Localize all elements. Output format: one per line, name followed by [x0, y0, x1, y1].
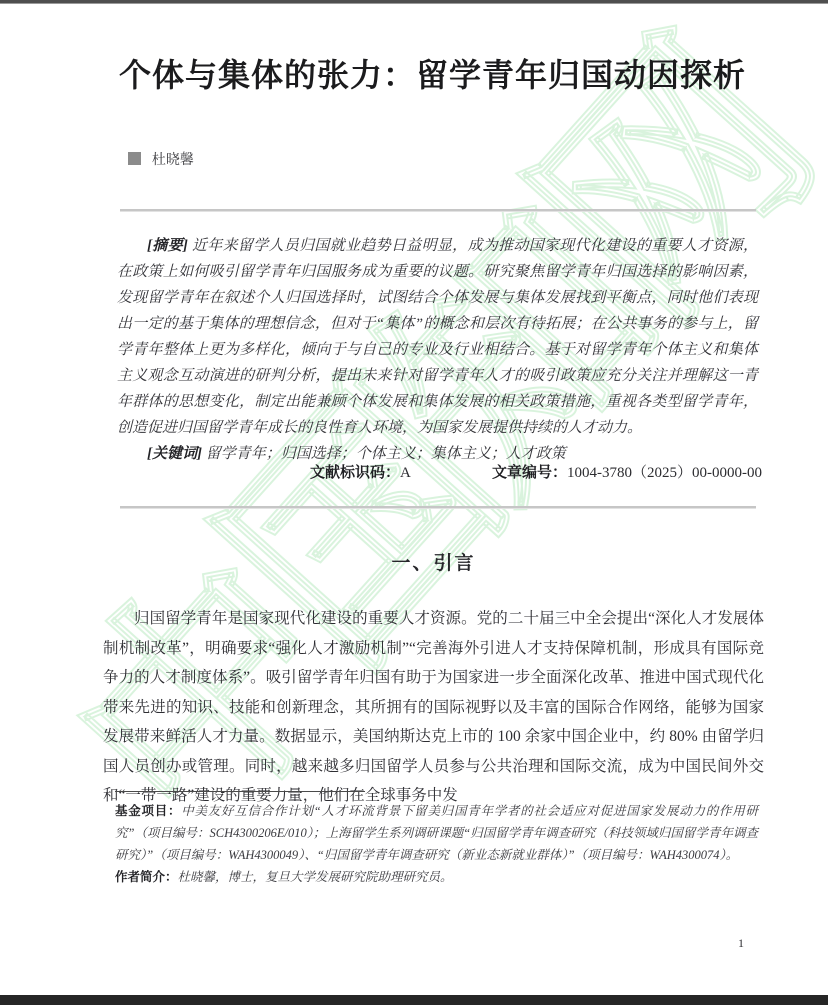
- doc-code-value: A: [400, 465, 411, 481]
- article-title: 个体与集体的张力：留学青年归国动因探析: [103, 50, 762, 96]
- article-id-value: 1004-3780（2025）00-0000-00: [567, 465, 762, 481]
- keywords-label: [关键词]: [147, 446, 202, 462]
- abstract-text: 近年来留学人员归国就业趋势日益明显，成为推动国家现代化建设的重要人才资源，在政策…: [117, 238, 758, 436]
- article-meta-line: 文献标识码：A 文章编号：1004-3780（2025）00-0000-00: [310, 461, 762, 482]
- section-heading: 一、引言: [103, 548, 764, 575]
- doc-code: 文献标识码：A: [310, 461, 411, 482]
- fund-project-label: 基金项目：: [115, 804, 181, 818]
- keywords-text: 留学青年；归国选择；个体主义；集体主义；人才政策: [202, 446, 566, 462]
- abstract-divider-top: [120, 209, 756, 212]
- article-id: 文章编号：1004-3780（2025）00-0000-00: [492, 461, 762, 482]
- doc-code-label: 文献标识码：: [310, 465, 400, 481]
- page-number: 1: [738, 936, 744, 951]
- page-content: 个体与集体的张力：留学青年归国动因探析 杜晓馨 [摘要] 近年来留学人员归国就业…: [0, 0, 828, 1005]
- footnotes-block: 基金项目：中美友好互信合作计划“人才环流背景下留美归国青年学者的社会适应对促进国…: [115, 800, 758, 888]
- author-bio-note: 作者简介：杜晓馨，博士，复旦大学发展研究院助理研究员。: [115, 866, 758, 888]
- fund-project-text: 中美友好互信合作计划“人才环流背景下留美归国青年学者的社会适应对促进国家发展动力…: [115, 804, 758, 862]
- intro-paragraph: 归国留学青年是国家现代化建设的重要人才资源。党的二十届三中全会提出“深化人才发展…: [103, 604, 764, 811]
- abstract-block: [摘要] 近年来留学人员归国就业趋势日益明显，成为推动国家现代化建设的重要人才资…: [117, 233, 758, 467]
- author-bio-text: 杜晓馨，博士，复旦大学发展研究院助理研究员。: [178, 870, 453, 884]
- author-name: 杜晓馨: [152, 151, 194, 167]
- article-id-label: 文章编号：: [492, 465, 567, 481]
- author-bio-label: 作者简介：: [115, 870, 178, 884]
- document-page: 中国知网 个体与集体的张力：留学青年归国动因探析 杜晓馨 [摘要] 近年来留学人…: [0, 0, 828, 1005]
- footnote-divider: [115, 791, 365, 792]
- abstract-label: [摘要]: [147, 238, 188, 254]
- author-line: 杜晓馨: [128, 149, 194, 169]
- fund-project-note: 基金项目：中美友好互信合作计划“人才环流背景下留美归国青年学者的社会适应对促进国…: [115, 800, 758, 866]
- abstract-divider-bottom: [120, 506, 756, 509]
- abstract-paragraph: [摘要] 近年来留学人员归国就业趋势日益明显，成为推动国家现代化建设的重要人才资…: [117, 233, 758, 441]
- author-square-icon: [128, 152, 141, 165]
